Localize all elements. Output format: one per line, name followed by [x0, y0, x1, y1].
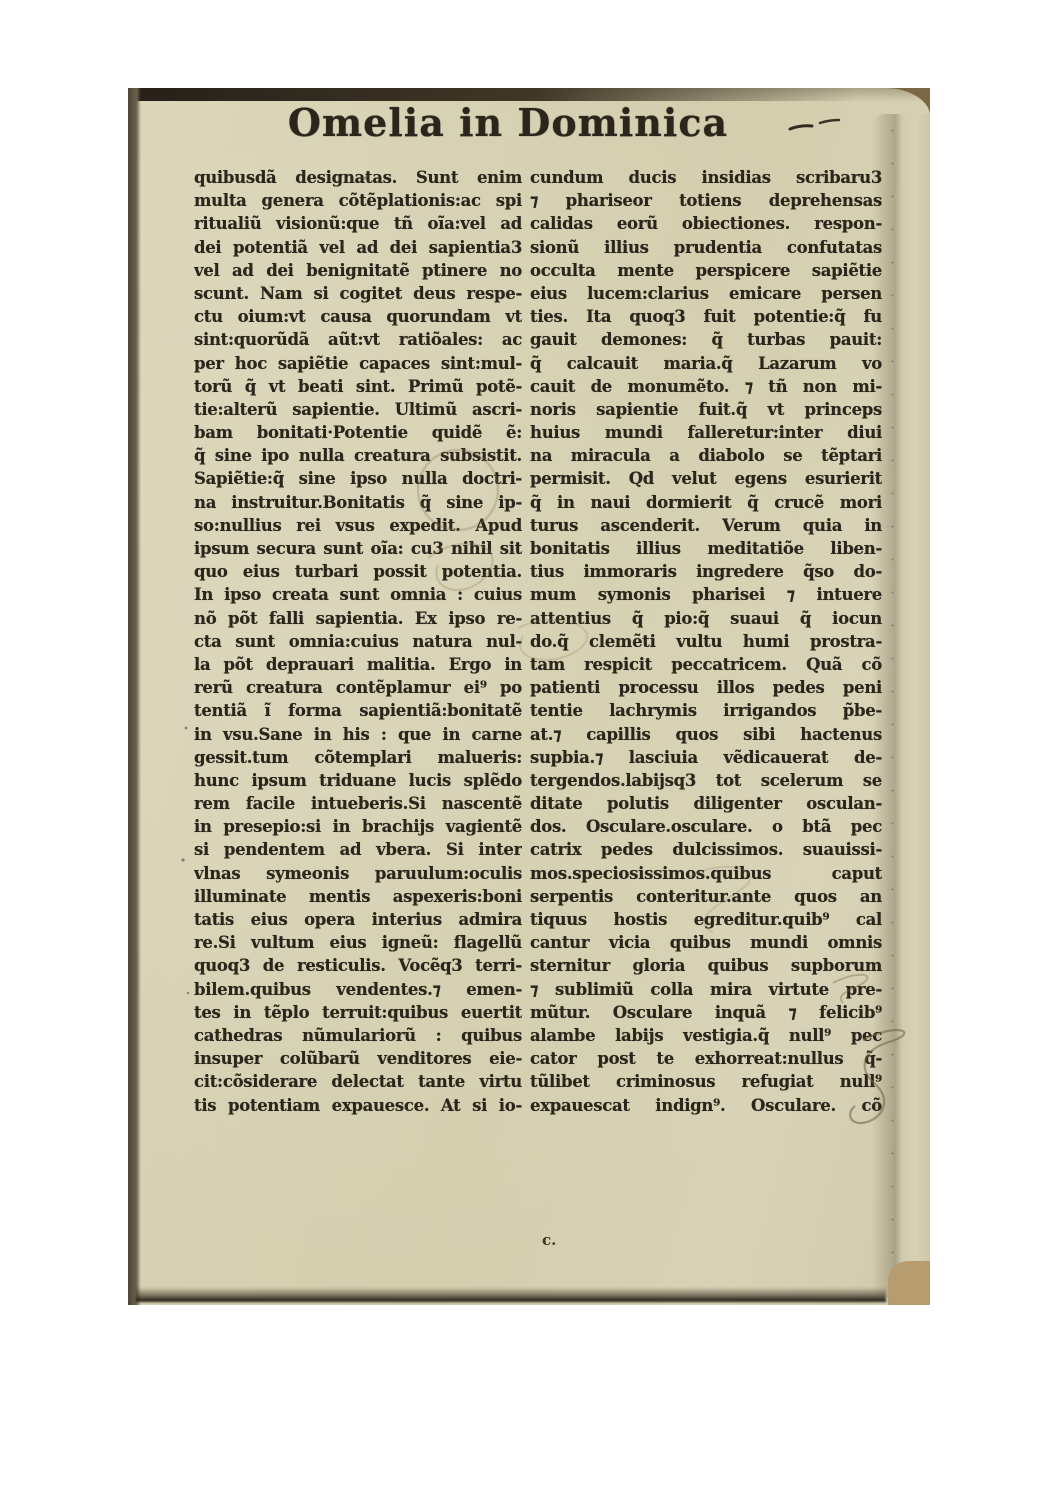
text-line: q̃ calcauit maria.q̃ Lazarum vo	[530, 352, 882, 375]
text-line: dei potentiã vel ad dei sapientia3	[194, 236, 522, 259]
text-line: tie:alterũ sapientie. Ultimũ ascri-	[194, 398, 522, 421]
text-line: tũlibet criminosus refugiat null⁹	[530, 1070, 882, 1093]
text-line: rerũ creatura contẽplamur ei⁹ po	[194, 676, 522, 699]
text-line: rem facile intueberis.Si nascentẽ	[194, 792, 522, 815]
text-line: scunt. Nam si cogitet deus respe-	[194, 282, 522, 305]
text-line: cathedras nũmulariorũ : quibus	[194, 1024, 522, 1047]
text-line: ritualiũ visionũ:que tñ oĩa:vel ad	[194, 212, 522, 235]
text-line: permisit. Qd velut egens esurierit	[530, 467, 882, 490]
book-page-photo: Omelia in Dominica quibusdã designatas. …	[128, 88, 930, 1305]
text-column-right: cundum ducis insidias scribaru3⁊ pharise…	[530, 166, 882, 1117]
text-line: tius immoraris ingredere q̃so do-	[530, 560, 882, 583]
text-line: sternitur gloria quibus supborum	[530, 954, 882, 977]
text-line: multa genera cõtẽplationis:ac spi	[194, 189, 522, 212]
text-line: so:nullius rei vsus expedit. Apud	[194, 514, 522, 537]
page-left-edge	[128, 88, 141, 1305]
text-line: si pendentem ad vbera. Si inter	[194, 838, 522, 861]
text-line: quibusdã designatas. Sunt enim	[194, 166, 522, 189]
text-line: serpentis conteritur.ante quos an	[530, 885, 882, 908]
text-line: ipsum secura sunt oĩa: cu3 nihil sit	[194, 537, 522, 560]
text-line: eius lucem:clarius emicare persen	[530, 282, 882, 305]
text-line: tes in tẽplo terruit:quibus euertit	[194, 1001, 522, 1024]
text-line: attentius q̃ pio:q̃ suaui q̃ iocun	[530, 607, 882, 630]
text-line: sionũ illius prudentia confutatas	[530, 236, 882, 259]
text-line: nõ põt falli sapientia. Ex ipso re-	[194, 607, 522, 630]
text-line: tergendos.labijsq3 tot scelerum se	[530, 769, 882, 792]
text-line: cantur vicia quibus mundi omnis	[530, 931, 882, 954]
text-line: bilem.quibus vendentes.⁊ emen-	[194, 978, 522, 1001]
text-line: patienti processu illos pedes peni	[530, 676, 882, 699]
text-line: vlnas symeonis paruulum:oculis	[194, 862, 522, 885]
page-bottom-shadow	[136, 1287, 886, 1302]
text-line: insuper colũbarũ venditores eie-	[194, 1047, 522, 1070]
text-line: bam bonitati·Potentie quidẽ ẽ:	[194, 421, 522, 444]
scan-background: Omelia in Dominica quibusdã designatas. …	[0, 0, 1060, 1500]
text-line: In ipso creata sunt omnia : cuius	[194, 583, 522, 606]
text-line: torũ q̃ vt beati sint. Primũ potẽ-	[194, 375, 522, 398]
text-line: vel ad dei benignitatẽ ptinere no	[194, 259, 522, 282]
text-line: quo eius turbari possit potentia.	[194, 560, 522, 583]
text-line: sint:quorũdã aũt:vt ratiõales: ac	[194, 328, 522, 351]
text-line: cundum ducis insidias scribaru3	[530, 166, 882, 189]
text-line: cator post te exhorreat:nullus q̃-	[530, 1047, 882, 1070]
text-line: alambe labijs vestigia.q̃ null⁹ pec	[530, 1024, 882, 1047]
text-line: noris sapientie fuit.q̃ vt princeps	[530, 398, 882, 421]
text-line: re.Si vultum eius igneũ: flagellũ	[194, 931, 522, 954]
text-line: ditate polutis diligenter osculan-	[530, 792, 882, 815]
text-line: dos. Osculare.osculare. o btã pec	[530, 815, 882, 838]
board-corner	[888, 1261, 930, 1305]
text-line: tis potentiam expauesce. At si io-	[194, 1094, 522, 1117]
text-line: in vsu.Sane in his : que in carne	[194, 723, 522, 746]
text-line: occulta mente perspicere sapiẽtie	[530, 259, 882, 282]
text-column-left: quibusdã designatas. Sunt enimmulta gene…	[194, 166, 522, 1117]
text-line: ⁊ phariseor totiens deprehensas	[530, 189, 882, 212]
text-line: cta sunt omnia:cuius natura nul-	[194, 630, 522, 653]
fore-edge-speckles	[888, 114, 898, 1297]
text-line: mos.speciosissimos.quibus caput	[530, 862, 882, 885]
text-line: mum symonis pharisei ⁊ intuere	[530, 583, 882, 606]
text-line: expauescat indign⁹. Osculare. cõ	[530, 1094, 882, 1117]
signature-mark: c.	[542, 1231, 556, 1249]
text-line: per hoc sapiẽtie capaces sint:mul-	[194, 352, 522, 375]
text-line: Sapiẽtie:q̃ sine ipso nulla doctri-	[194, 467, 522, 490]
text-line: ⁊ sublimiũ colla mira virtute pre-	[530, 978, 882, 1001]
text-line: in presepio:si in brachijs vagientẽ	[194, 815, 522, 838]
text-line: na instruitur.Bonitatis q̃ sine ip-	[194, 491, 522, 514]
text-line: ctu oium:vt causa quorundam vt	[194, 305, 522, 328]
text-line: q̃ in naui dormierit q̃ crucẽ mori	[530, 491, 882, 514]
text-line: calidas eorũ obiectiones. respon-	[530, 212, 882, 235]
text-line: mũtur. Osculare inquã ⁊ felicib⁹	[530, 1001, 882, 1024]
text-line: cit:cõsiderare delectat tante virtu	[194, 1070, 522, 1093]
text-line: catrix pedes dulcissimos. suauissi-	[530, 838, 882, 861]
text-line: ties. Ita quoq3 fuit potentie:q̃ fu	[530, 305, 882, 328]
page-title: Omelia in Dominica	[168, 100, 848, 145]
text-line: cauit de monumẽto. ⁊ tñ non mi-	[530, 375, 882, 398]
text-line: illuminate mentis aspexeris:boni	[194, 885, 522, 908]
text-line: tentie lachrymis irrigandos p̃be-	[530, 699, 882, 722]
text-line: bonitatis illius meditatiõe liben-	[530, 537, 882, 560]
text-line: tam respicit peccatricem. Quã cõ	[530, 653, 882, 676]
text-line: huius mundi falleretur:inter diui	[530, 421, 882, 444]
text-line: gessit.tum cõtemplari malueris:	[194, 746, 522, 769]
text-line: q̃ sine ipo nulla creatura subsistit.	[194, 444, 522, 467]
text-line: supbia.⁊ lasciuia vẽdicauerat de-	[530, 746, 882, 769]
text-line: gauit demones: q̃ turbas pauit:	[530, 328, 882, 351]
text-line: quoq3 de resticulis. Vocẽq3 terri-	[194, 954, 522, 977]
text-line: na miracula a diabolo se tẽptari	[530, 444, 882, 467]
text-line: la põt deprauari malitia. Ergo in	[194, 653, 522, 676]
text-line: do.q̃ clemẽti vultu humi prostra-	[530, 630, 882, 653]
text-line: turus ascenderit. Verum quia in	[530, 514, 882, 537]
text-line: tatis eius opera interius admira	[194, 908, 522, 931]
text-line: hunc ipsum triduane lucis splẽdo	[194, 769, 522, 792]
text-line: at.⁊ capillis quos sibi hactenus	[530, 723, 882, 746]
text-line: tentiã ĩ forma sapientiã:bonitatẽ	[194, 699, 522, 722]
text-line: tiquus hostis egreditur.quib⁹ cal	[530, 908, 882, 931]
